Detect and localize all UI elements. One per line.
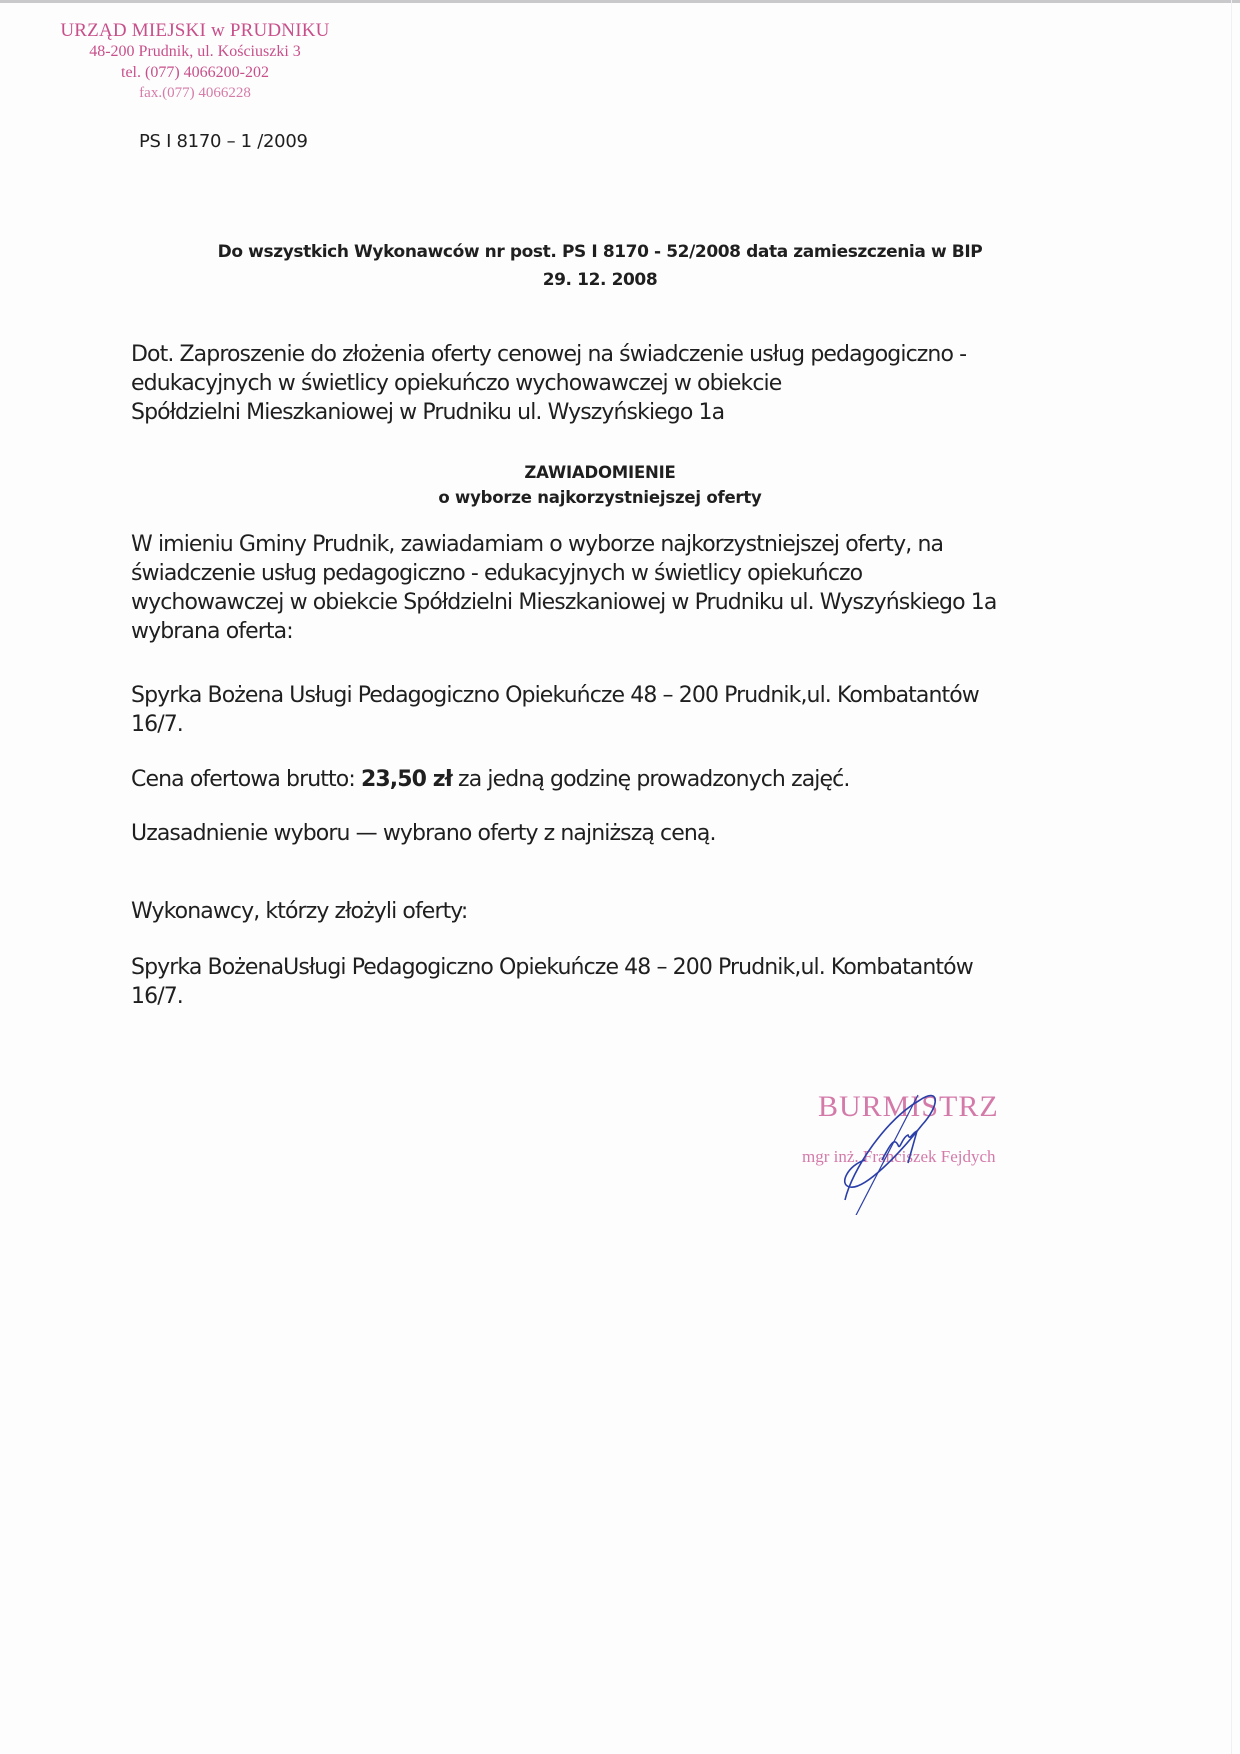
notice-title: ZAWIADOMIENIE	[130, 460, 1070, 485]
subject-paragraph: Dot. Zaproszenie do złożenia oferty ceno…	[131, 340, 1071, 427]
price-amount: 23,50 zł	[361, 767, 452, 792]
addressee-line: Do wszystkich Wykonawców nr post. PS I 8…	[130, 238, 1070, 266]
selected-offer: Spyrka Bożena Usługi Pedagogiczno Opieku…	[131, 681, 1071, 739]
addressee-date: 29. 12. 2008	[130, 266, 1070, 294]
bidder-line: 16/7.	[131, 982, 1071, 1011]
intro-line: świadczenie usług pedagogiczno - edukacy…	[131, 559, 1071, 588]
stamp-office-name: URZĄD MIEJSKI w PRUDNIKU	[50, 20, 340, 41]
subject-line: Dot. Zaproszenie do złożenia oferty ceno…	[131, 340, 1071, 369]
subject-line: Spółdzielni Mieszkaniowej w Prudniku ul.…	[131, 398, 1071, 427]
bidder-line: Spyrka BożenaUsługi Pedagogiczno Opiekuń…	[131, 953, 1071, 982]
intro-line: wybrana oferta:	[131, 617, 1071, 646]
scan-right-edge	[1231, 0, 1232, 1754]
price-label: Cena ofertowa brutto:	[131, 767, 361, 792]
office-stamp: URZĄD MIEJSKI w PRUDNIKU 48-200 Prudnik,…	[50, 20, 340, 104]
stamp-phone: tel. (077) 4066200-202	[50, 62, 340, 83]
price-suffix: za jedną godzinę prowadzonych zajęć.	[452, 767, 849, 792]
stamp-fax: fax.(077) 4066228	[50, 83, 340, 104]
scan-top-edge	[0, 0, 1240, 3]
handwritten-signature-icon	[790, 1075, 1030, 1215]
stamp-address: 48-200 Prudnik, ul. Kościuszki 3	[50, 41, 340, 62]
price-paragraph: Cena ofertowa brutto: 23,50 zł za jedną …	[131, 765, 1071, 794]
reference-number: PS I 8170 – 1 /2009	[139, 131, 308, 152]
intro-line: wychowawczej w obiekcie Spółdzielni Mies…	[131, 588, 1071, 617]
intro-line: W imieniu Gminy Prudnik, zawiadamiam o w…	[131, 530, 1071, 559]
notice-heading: ZAWIADOMIENIE o wyborze najkorzystniejsz…	[130, 460, 1070, 510]
selected-offer-line: Spyrka Bożena Usługi Pedagogiczno Opieku…	[131, 681, 1071, 710]
intro-paragraph: W imieniu Gminy Prudnik, zawiadamiam o w…	[131, 530, 1071, 646]
addressee-block: Do wszystkich Wykonawców nr post. PS I 8…	[130, 238, 1070, 294]
justification: Uzasadnienie wyboru — wybrano oferty z n…	[131, 819, 1071, 848]
bidders-label: Wykonawcy, którzy złożyli oferty:	[131, 897, 1071, 926]
bidders-list: Spyrka BożenaUsługi Pedagogiczno Opiekuń…	[131, 953, 1071, 1011]
subject-line: edukacyjnych w świetlicy opiekuńczo wych…	[131, 369, 1071, 398]
notice-subtitle: o wyborze najkorzystniejszej oferty	[130, 485, 1070, 510]
selected-offer-line: 16/7.	[131, 710, 1071, 739]
signature-block: BURMISTRZ mgr inż. Franciszek Fejdych	[790, 1085, 1030, 1215]
